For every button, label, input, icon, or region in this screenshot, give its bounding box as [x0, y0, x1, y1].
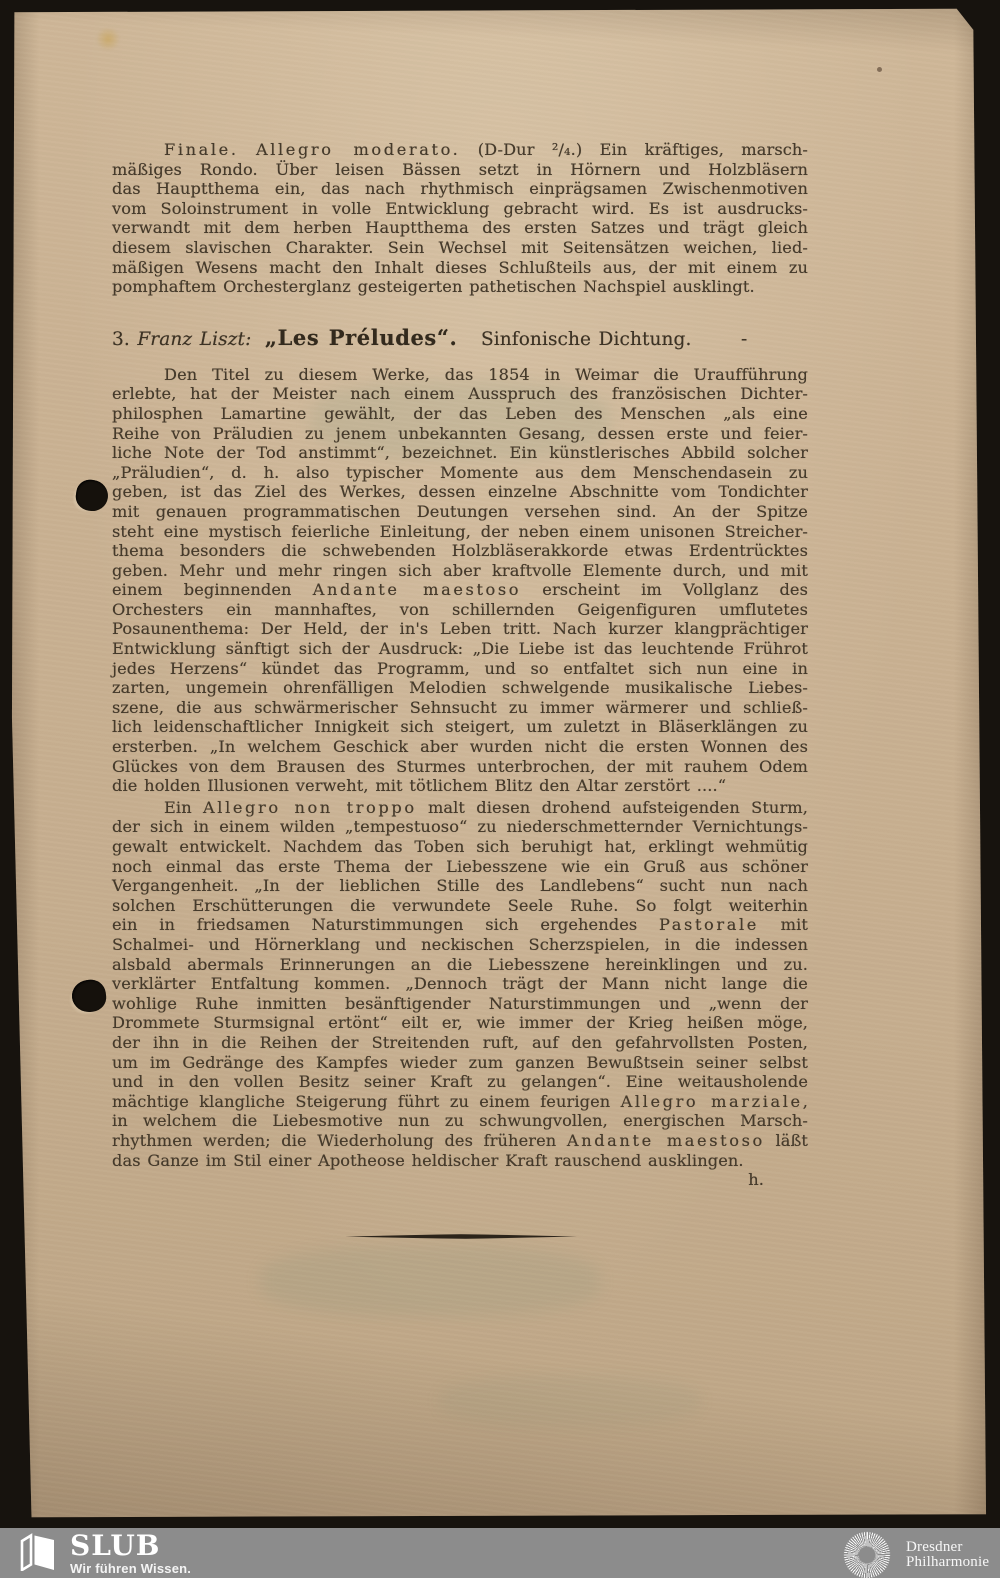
- text-line: mäßigen Wesens macht den Inhalt dieses S…: [112, 258, 808, 278]
- text-line: Finale. Allegro moderato. (D-Dur ²/₄.) E…: [112, 140, 808, 160]
- heading-number: 3.: [112, 329, 130, 350]
- text-line: der ihn in die Reihen der Streitenden ru…: [112, 1033, 808, 1053]
- paragraph: Ein Allegro non troppo malt diesen drohe…: [112, 798, 808, 1170]
- text-line: liche Note der Tod anstimmt“, bezeichnet…: [112, 443, 808, 463]
- open-book-icon: [20, 1533, 56, 1571]
- slub-name: SLUB: [70, 1532, 191, 1560]
- text-line: Den Titel zu diesem Werke, das 1854 in W…: [112, 365, 808, 385]
- text-line: Ein Allegro non troppo malt diesen drohe…: [112, 798, 808, 818]
- partner-name-line1: Dresdner: [906, 1540, 989, 1556]
- dresdner-philharmonie-wordmark: Dresdner Philharmonie: [906, 1540, 989, 1571]
- paper-sheet: Finale. Allegro moderato. (D-Dur ²/₄.) E…: [10, 8, 988, 1518]
- dresdner-philharmonie-brand: Dresdner Philharmonie: [842, 1530, 989, 1578]
- text-line: der sich in einem wilden „tempestuoso“ z…: [112, 817, 808, 837]
- paper-speck: [877, 67, 882, 72]
- scanned-page-view: Finale. Allegro moderato. (D-Dur ²/₄.) E…: [0, 0, 1000, 1578]
- text-line: das Ganze im Stil einer Apotheose heldis…: [112, 1151, 808, 1171]
- text-line: „Präludien“, d. h. also typischer Moment…: [112, 463, 808, 483]
- sunburst-icon: [842, 1530, 892, 1578]
- text-line: die holden Illusionen verweht, mit tötli…: [112, 776, 808, 796]
- text-line: einem beginnenden Andante maestoso ersch…: [112, 580, 808, 600]
- intro-paragraph: Finale. Allegro moderato. (D-Dur ²/₄.) E…: [112, 140, 808, 297]
- paragraph: Den Titel zu diesem Werke, das 1854 in W…: [112, 365, 808, 796]
- text-line: Orchesters ein mannhaftes, von schillern…: [112, 600, 808, 620]
- text-line: alsbald abermals Erinnerungen an die Lie…: [112, 955, 808, 975]
- signature: h.: [112, 1170, 808, 1190]
- heading-title: „Les Préludes“.: [265, 325, 458, 350]
- text-line: mit genauen programmatischen Deutungen v…: [112, 502, 808, 522]
- heading-subtitle: Sinfonische Dichtung.: [481, 329, 692, 350]
- text-line: verwandt mit dem herben Hauptthema des e…: [112, 218, 808, 238]
- library-footer-bar: SLUB Wir führen Wissen. Dresdner Philhar…: [0, 1528, 1000, 1578]
- text-line: erlebte, hat der Meister nach einem Auss…: [112, 384, 808, 404]
- tapered-divider-rule: [345, 1234, 577, 1239]
- text-line: pomphaftem Orchesterglanz gesteigerten p…: [112, 277, 808, 297]
- text-line: vom Soloinstrument in volle Entwicklung …: [112, 199, 808, 219]
- ink-bleed-through: [260, 1246, 600, 1316]
- text-line: um im Gedränge des Kampfes wieder zum ga…: [112, 1053, 808, 1073]
- slub-brand: SLUB Wir führen Wissen.: [20, 1532, 191, 1576]
- text-line: Schalmei- und Hörnerklang und neckischen…: [112, 935, 808, 955]
- text-line: Entwicklung sänftigt sich der Ausdruck: …: [112, 639, 808, 659]
- text-line: Posaunenthema: Der Held, der in's Leben …: [112, 619, 808, 639]
- text-line: zarten, ungemein ohrenfälligen Melodien …: [112, 678, 808, 698]
- printed-text-block: Finale. Allegro moderato. (D-Dur ²/₄.) E…: [112, 140, 808, 1190]
- text-line: solchen Erschütterungen die verwundete S…: [112, 896, 808, 916]
- text-line: und in den vollen Besitz seiner Kraft zu…: [112, 1072, 808, 1092]
- slub-wordmark: SLUB Wir führen Wissen.: [70, 1532, 191, 1576]
- text-line: steht eine mystisch feierliche Einleitun…: [112, 522, 808, 542]
- text-line: mäßiges Rondo. Über leisen Bässen setzt …: [112, 160, 808, 180]
- paper-stain: [95, 28, 121, 50]
- partner-name-line2: Philharmonie: [906, 1555, 989, 1571]
- text-line: diesem slavischen Charakter. Sein Wechse…: [112, 238, 808, 258]
- text-line: rhythmen werden; die Wiederholung des fr…: [112, 1131, 808, 1151]
- text-line: das Hauptthema ein, das nach rhythmisch …: [112, 179, 808, 199]
- heading-dash: -: [741, 329, 747, 350]
- text-line: Reihe von Präludien zu jenem unbekannten…: [112, 424, 808, 444]
- text-line: philosphen Lamartine gewählt, der das Le…: [112, 404, 808, 424]
- text-line: geben, ist das Ziel des Werkes, dessen e…: [112, 482, 808, 502]
- text-line: mächtige klangliche Steigerung führt zu …: [112, 1092, 808, 1112]
- text-line: verklärter Entfaltung kommen. „Dennoch t…: [112, 974, 808, 994]
- heading-composer: Franz Liszt:: [137, 329, 251, 350]
- text-line: Drommete Sturmsignal ertönt“ eilt er, wi…: [112, 1013, 808, 1033]
- section-heading: 3. Franz Liszt: „Les Préludes“. Sinfonis…: [112, 323, 808, 355]
- body-paragraphs: Den Titel zu diesem Werke, das 1854 in W…: [112, 365, 808, 1170]
- text-line: jedes Herzens“ kündet das Programm, und …: [112, 659, 808, 679]
- text-line: in welchem die Liebesmotive nun zu schwu…: [112, 1111, 808, 1131]
- text-line: Vergangenheit. „In der lieblichen Stille…: [112, 876, 808, 896]
- ink-bleed-through: [440, 1376, 700, 1426]
- text-line: ersterben. „In welchem Geschick aber wur…: [112, 737, 808, 757]
- text-line: geben. Mehr und mehr ringen sich aber kr…: [112, 561, 808, 581]
- text-line: Glückes von dem Brausen des Sturmes unte…: [112, 757, 808, 777]
- text-line: ein in friedsamen Naturstimmungen sich e…: [112, 915, 808, 935]
- text-line: szene, die aus schwärmerischer Sehnsucht…: [112, 698, 808, 718]
- text-line: gewalt entwickelt. Nachdem das Toben sic…: [112, 837, 808, 857]
- text-line: noch einmal das erste Thema der Liebessz…: [112, 857, 808, 877]
- text-line: wohlige Ruhe inmitten besänftigender Nat…: [112, 994, 808, 1014]
- text-line: lich leidenschaftlicher Innigkeit sich s…: [112, 717, 808, 737]
- slub-tagline: Wir führen Wissen.: [70, 1561, 191, 1576]
- text-line: thema besonders die schwebenden Holzbläs…: [112, 541, 808, 561]
